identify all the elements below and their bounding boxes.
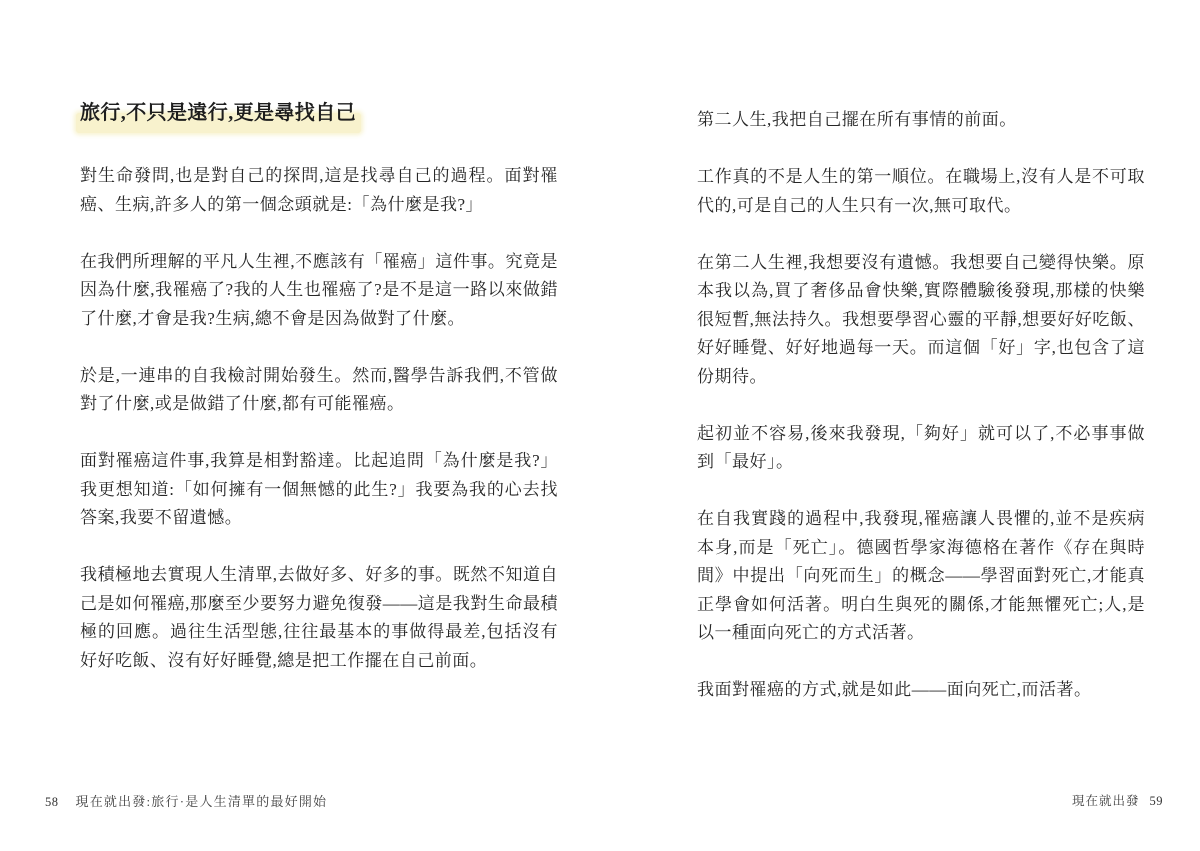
- left-page-number: 58: [45, 795, 59, 810]
- paragraph: 在自我實踐的過程中,我發現,罹癌讓人畏懼的,並不是疾病本身,而是「死亡」。德國哲…: [697, 505, 1145, 648]
- left-running-title: 現在就出發:旅行·是人生清單的最好開始: [76, 794, 328, 809]
- right-page-column: 第二人生,我把自己擺在所有事情的前面。 工作真的不是人生的第一順位。在職場上,沒…: [697, 106, 1145, 705]
- paragraph: 工作真的不是人生的第一順位。在職場上,沒有人是不可取代的,可是自己的人生只有一次…: [697, 163, 1145, 220]
- left-page-footer: 58現在就出發:旅行·是人生清單的最好開始: [45, 791, 327, 810]
- chapter-title: 旅行,不只是遠行,更是尋找自己: [80, 100, 558, 126]
- book-spread: 旅行,不只是遠行,更是尋找自己 對生命發問,也是對自己的探問,這是找尋自己的過程…: [0, 0, 1200, 851]
- right-page-number: 59: [1150, 794, 1164, 809]
- chapter-title-text: 旅行,不只是遠行,更是尋找自己: [80, 102, 356, 124]
- paragraph: 起初並不容易,後來我發現,「夠好」就可以了,不必事事做到「最好」。: [697, 420, 1145, 477]
- right-running-title: 現在就出發: [1072, 794, 1140, 808]
- paragraph: 我面對罹癌的方式,就是如此——面向死亡,而活著。: [697, 676, 1145, 705]
- left-page-column: 旅行,不只是遠行,更是尋找自己 對生命發問,也是對自己的探問,這是找尋自己的過程…: [80, 100, 558, 675]
- paragraph: 第二人生,我把自己擺在所有事情的前面。: [697, 106, 1145, 135]
- paragraph: 於是,一連串的自我檢討開始發生。然而,醫學告訴我們,不管做對了什麼,或是做錯了什…: [80, 362, 558, 419]
- paragraph: 我積極地去實現人生清單,去做好多、好多的事。既然不知道自己是如何罹癌,那麼至少要…: [80, 561, 558, 675]
- right-page-footer: 現在就出發59: [1072, 791, 1163, 809]
- paragraph: 對生命發問,也是對自己的探問,這是找尋自己的過程。面對罹癌、生病,許多人的第一個…: [80, 162, 558, 219]
- paragraph: 在第二人生裡,我想要沒有遺憾。我想要自己變得快樂。原本我以為,買了奢侈品會快樂,…: [697, 249, 1145, 392]
- paragraph: 面對罹癌這件事,我算是相對豁達。比起追問「為什麼是我?」我更想知道:「如何擁有一…: [80, 447, 558, 533]
- paragraph: 在我們所理解的平凡人生裡,不應該有「罹癌」這件事。究竟是因為什麼,我罹癌了?我的…: [80, 248, 558, 334]
